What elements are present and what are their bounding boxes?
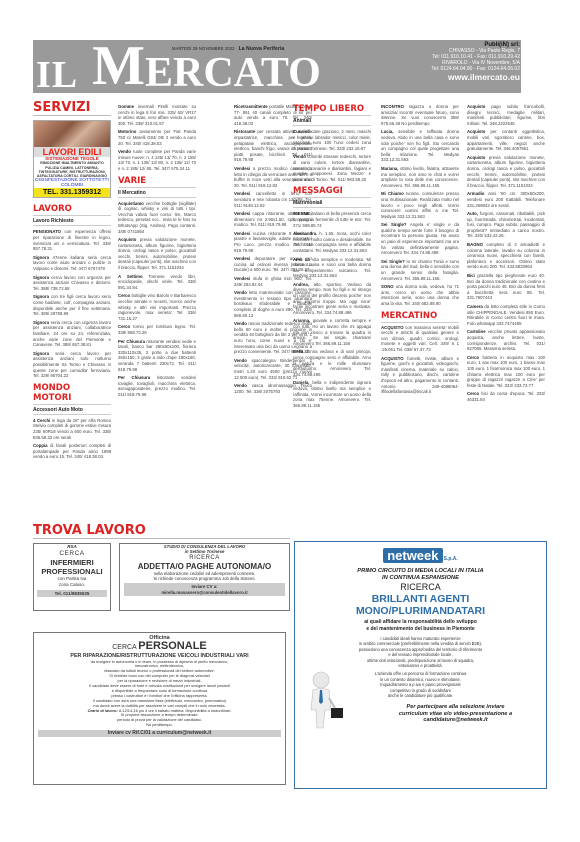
ad-headline: PROFESSIONALI (34, 567, 110, 576)
logo-m: M (92, 35, 145, 97)
netweek-logo: netweek S.p.A. (295, 548, 546, 563)
classified-ad: Motorino avviamento per Fiat Panda 750 c… (118, 129, 196, 146)
ad-line: IN CONTINUA ESPANSIONE (295, 575, 546, 582)
officina-job-ad: Officina CERCA PERSONALE PER RIPARAZIONE… (33, 632, 286, 785)
ad-line: Si richiede conoscenza programma Job del… (120, 576, 289, 581)
classified-ad: Mariana, ottimo livello, fisiatra, attra… (381, 166, 459, 188)
classified-ad: Cerco bici da corsa d'epoca. Tel. 333/ 4… (467, 391, 545, 402)
ad-subheadline: ai quali affidare la responsabilità dell… (295, 619, 546, 632)
classified-ad: Alessandra. h. 1.65, mora, occhi color n… (293, 231, 371, 253)
ad-line: RICERCA (120, 555, 289, 562)
classified-ad: Signora seria cerca con urgenza lavoro p… (33, 320, 111, 348)
ad-line: zona Caluso. (34, 582, 110, 588)
classified-ad: INCONTRO ragazza o donna per amicizia/ i… (381, 104, 459, 126)
businessman-figure-icon (307, 670, 347, 730)
cv-email-link[interactable]: Inviare cv Rif.C/01 a curriculum@netweek… (38, 730, 281, 737)
column-messaggi-cont: INCONTRO ragazza o donna per amicizia/ i… (381, 104, 459, 398)
section-title-mercatino: MERCATINO (381, 311, 459, 323)
classified-ad: Cerco tornio per tornitura legno. Tel. 3… (118, 324, 196, 335)
section-title-trova-lavoro: TROVA LAVORO (33, 523, 290, 539)
ad-headline: MONO/PLURIMANDATARI (295, 605, 546, 617)
classified-ad: Vendo ruote complete per Panda varie mis… (118, 149, 196, 171)
ad-line: RIMOZIONE IMALTIMENTO AMIANTO PULIZIA CA… (34, 161, 110, 178)
netweek-logo-mark: netweek (383, 548, 442, 563)
classified-ad: Amo La vita semplice e moderata. Mi chia… (293, 257, 371, 279)
classified-ad: Signora seria cerca lavoro per assistenz… (33, 351, 111, 379)
classified-ad: Cartoline vecchie privato appassionato a… (467, 329, 545, 351)
column-servizi: SERVIZI LAVORI EDILI SISTEMAZIONE TEGOLE… (33, 100, 111, 463)
classified-ad: Andrea, alto, sportivo. Vedovo da divers… (293, 282, 371, 316)
column-tempo-libero: TEMPO LIBERO Animali Cuccioli cane grazi… (293, 100, 371, 411)
ad-headline: CERCA PERSONALE (34, 641, 285, 653)
ad-phone: Tel. 011/9835025 (37, 590, 107, 597)
subsection-title: Accessori Auto Moto (33, 407, 111, 415)
lavori-edili-ad: LAVORI EDILI SISTEMAZIONE TEGOLE RIMOZIO… (33, 120, 111, 198)
website-link[interactable]: www.ilmercato.eu (431, 72, 520, 82)
classified-ad: Per Chiusura ristorante vendesi sedie e … (118, 339, 196, 373)
classified-ad: Cerco batteria in acquisto max 100 euro,… (467, 355, 545, 389)
studio-job-ad: STUDIO DI CONSULENZA DEL LAVORO in Setti… (119, 543, 290, 611)
classified-ad: Cuccioli cane grazioso, 2 mesi, maschi e… (293, 129, 371, 151)
ad-headline: ADDETTA/O PAGHE AUTONOMA/O (120, 562, 289, 571)
ad-phone: TEL. 331.1359312 (34, 188, 110, 197)
classified-ad: Armadio anni '60 cm. 300x60x200, vendesi… (467, 191, 545, 208)
subsection-title: Matrimoniali (293, 200, 371, 208)
classified-ad: Camera da letto completa stile in Como s… (467, 304, 545, 326)
classified-ad: ACQUISTO fumetti, riviste, album e figur… (381, 356, 459, 395)
classified-ad: Acquisto previa valutazione monete, cart… (118, 237, 196, 271)
classified-ad: Lucia, sensibile e raffinata donna vedov… (381, 129, 459, 163)
ad-line: No perditempo. (34, 723, 285, 728)
classified-ad: Arianna, gioviale e corretta sempre e co… (293, 318, 371, 346)
classified-ad: Acquisto previa valutazione monete, cart… (467, 155, 545, 189)
column-acquisto: Acquisto pago subito francobolli, disegn… (467, 104, 545, 406)
publisher-info: Publi(iN) srl: CHIVASSO - Via Paolo Regi… (431, 42, 520, 82)
logo-rest: ERCATO (145, 50, 321, 96)
cv-email-link[interactable]: mirella.manassero@consulentidellavoro.it (124, 590, 285, 596)
classified-ad: Auto, furgoni, cassonati, ribaltabili, p… (467, 211, 545, 239)
netweek-job-ad: netweek S.p.A. PRIMO CIRCUITO DI MEDIA L… (294, 541, 547, 789)
classified-ad: Bici graziella tipo pieghevole euro 40. … (467, 273, 545, 301)
section-title-lavoro: LAVORO (33, 204, 111, 216)
classified-ad: SONO una donna sola, vedova, ho 71 anni,… (381, 284, 459, 306)
subsection-title: Lavoro Richiesto (33, 218, 111, 226)
classified-ad: PENSIONATO con esperienza offresi per ri… (33, 229, 111, 251)
classified-ad: Acquisto pago subito francobolli, disegn… (467, 104, 545, 126)
classified-ad: Vendo colombi strasser tedeschi, tortore… (293, 154, 371, 182)
section-title-varie: VARIE (118, 176, 196, 188)
classified-ad: Cerco bottiglie vino Barolo e Barbaresco… (118, 293, 196, 321)
subsection-title: Animali (293, 118, 371, 126)
section-title-servizi: SERVIZI (33, 100, 111, 116)
classified-ad: Signora 47enne italiana seria cerca lavo… (33, 255, 111, 272)
classified-ad: A Settimo Torinese vendo libri, enciclop… (118, 274, 196, 291)
classified-ad: Acquistiamo vecchie bottiglie (sigillate… (118, 201, 196, 235)
classified-ad: 4 Cerchi in lega da 18" per Alfa Romeo S… (33, 418, 111, 440)
ad-line: DISINFESTAZIONE SOTTOTETTI COLOMBI (34, 178, 110, 188)
logo-il: IL (36, 54, 78, 96)
classified-ad: BAGNO completo di 2 armadietti e colonna… (467, 242, 545, 270)
classified-ad: Coppia di fanali posteriori completi di … (33, 443, 111, 460)
ad-line: PRIMO CIRCUITO DI MEDIA LOCALI IN ITALIA (295, 568, 546, 575)
rsa-job-ad: RSA CERCA INFERMIERI PROFESSIONALI con P… (33, 543, 111, 611)
classified-ad: Signora cerca lavoro con urgenza per ass… (33, 275, 111, 292)
ad-line: RICERCA (295, 582, 546, 593)
subsection-title: Il Mercatino (118, 190, 196, 198)
classified-ad: Sei Single? Angela e' single e da qualch… (381, 222, 459, 256)
dateline: MARTEDÌ 29 NOVEMBRE 2022 · La Nuova Peri… (172, 46, 284, 52)
ad-headline: INFERMIERI (34, 558, 110, 567)
candidature-email-link[interactable]: candidature@netweek.it (365, 717, 546, 723)
classified-ad: Daniela, bella e indipendente signora ve… (293, 380, 371, 408)
netweek-logo-spa: S.p.A. (444, 556, 458, 562)
section-title-messaggi: MESSAGGI (293, 186, 371, 198)
classified-ad: Signora con tre figli cerca lavoro serio… (33, 294, 111, 316)
cv-contact: Inviare CV a: mirella.manassero@consulen… (124, 583, 285, 596)
classified-ad: ACQUISTO con massima serieta' mobili vec… (381, 325, 459, 353)
classified-ad: Bella donna vedova e di sani principi, c… (293, 349, 371, 377)
ad-cta: Per partecipare alla selezione inviare c… (365, 704, 546, 723)
classified-ad: Mi Chiamo Ivonne, consulenze presso una … (381, 191, 459, 219)
ad-headline: BRILLANTI AGENTI (295, 593, 546, 605)
section-title-motori: MONDO MOTORI (33, 383, 111, 405)
paper-name: La Nuova Periferia (239, 46, 285, 52)
classified-ad: Sei Single? Io mi chiamo Tonia e sono un… (381, 259, 459, 281)
date-text: MARTEDÌ 29 NOVEMBRE 2022 · (172, 46, 237, 51)
section-title-tempo-libero: TEMPO LIBERO (293, 104, 371, 116)
classified-ad: Acquisto per contanti oggettistica, mobi… (467, 129, 545, 151)
roof-tiles-image (34, 121, 110, 147)
classified-ad: Per Chiusura ristorante vendesi tovaglie… (118, 375, 196, 397)
classified-ad: 50ENNE italiano di bella presenza cerca … (293, 211, 371, 228)
classified-ad: Gomme invernali Pirelli montate su cerch… (118, 104, 196, 126)
column-varie: Gomme invernali Pirelli montate su cerch… (118, 104, 196, 401)
ad-line: CERCA (34, 550, 110, 558)
